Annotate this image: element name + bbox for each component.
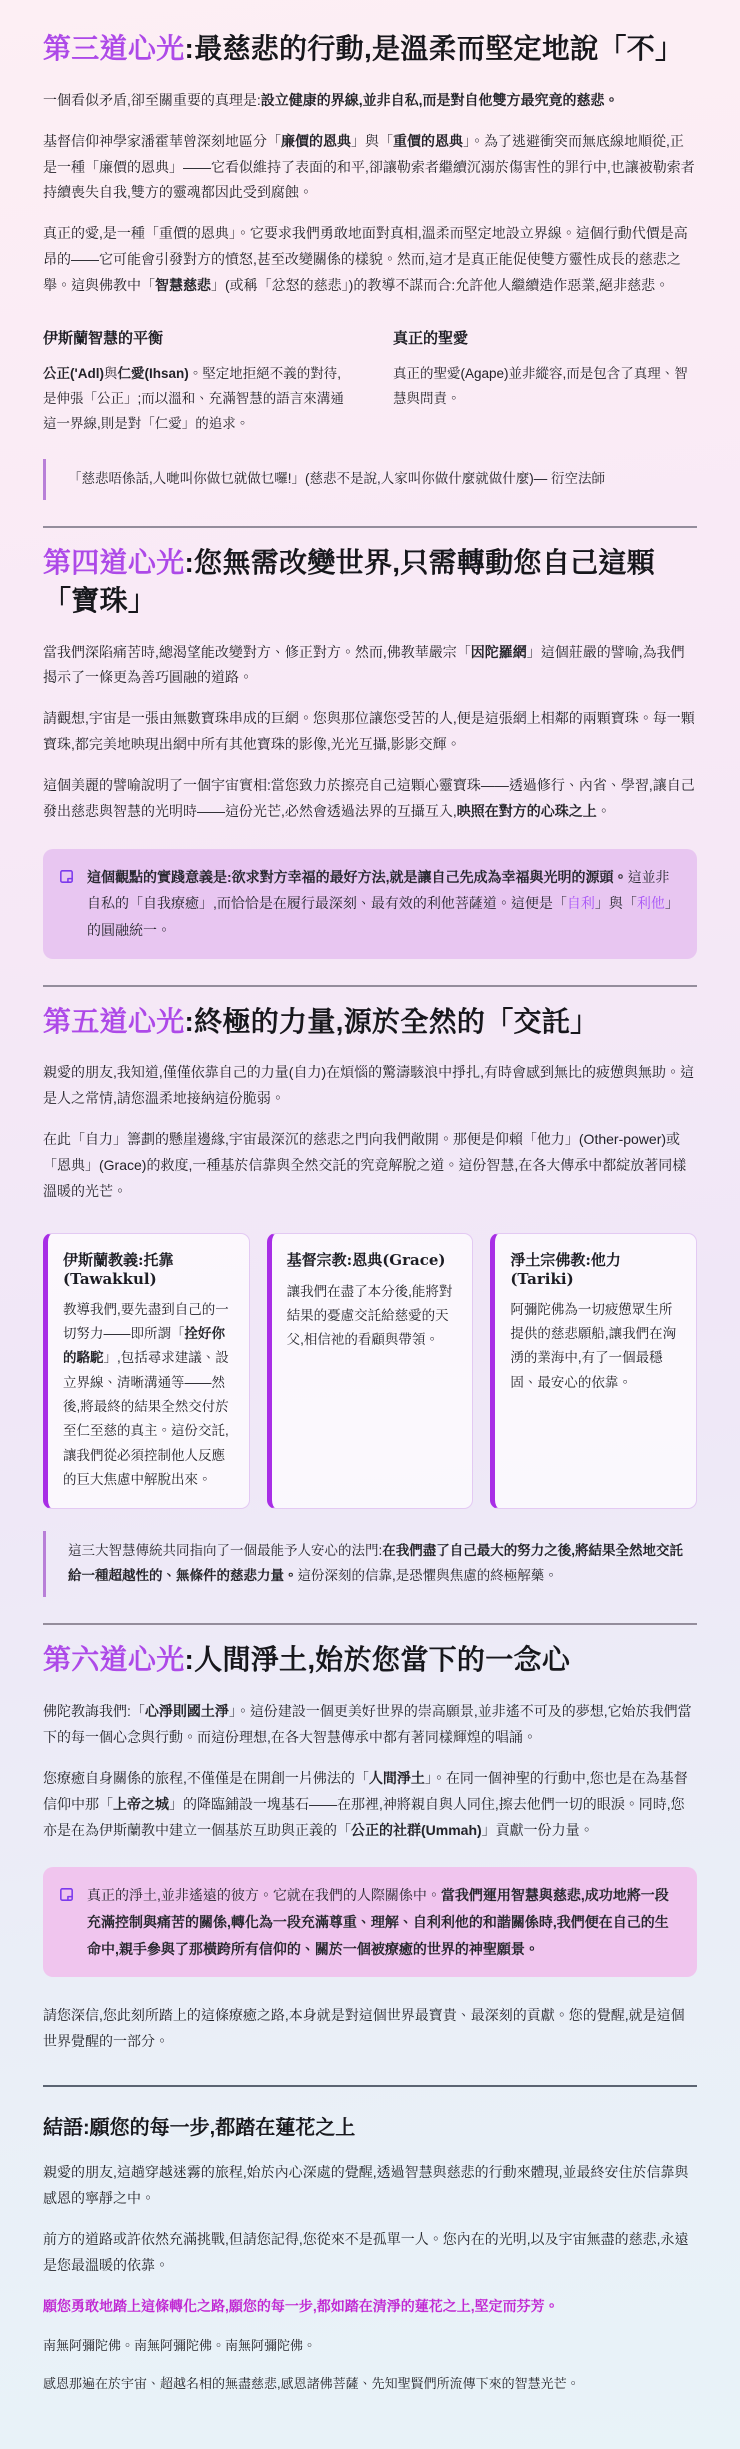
paragraph: 在此「自力」籌劃的懸崖邊緣,宇宙最深沉的慈悲之門向我們敞開。那便是仰賴「他力」(… [43,1127,697,1205]
section-title-accent: 第五道心光 [43,1006,185,1037]
section-title-rest: :最慈悲的行動,是溫柔而堅定地說「不」 [185,33,684,64]
section-title-accent: 第四道心光 [43,547,185,578]
section-fifth-light: 第五道心光:終極的力量,源於全然的「交託」 親愛的朋友,我知道,僅僅依靠自己的力… [43,1003,697,1598]
paragraph: 前方的道路或許依然充滿挑戰,但請您記得,您從來不是孤單一人。您內在的光明,以及宇… [43,2227,697,2279]
card-body: 教導我們,要先盡到自己的一切努力——即所謂「拴好你的駱駝」,包括尋求建議、設立界… [63,1298,234,1492]
section-title-accent: 第三道心光 [43,33,185,64]
note-icon [58,1886,75,1908]
card-body: 阿彌陀佛為一切疲憊眾生所提供的慈悲願船,讓我們在洶湧的業海中,有了一個最穩固、最… [510,1298,681,1395]
card-tariki: 淨土宗佛教:他力(Tariki) 阿彌陀佛為一切疲憊眾生所提供的慈悲願船,讓我們… [490,1233,697,1509]
paragraph: 請您深信,您此刻所踏上的這條療癒之路,本身就是對這個世界最寶貴、最深刻的貢獻。您… [43,2003,697,2055]
practice-callout: 這個觀點的實踐意義是:欲求對方幸福的最好方法,就是讓自己先成為幸福與光明的源頭。… [43,849,697,959]
gratitude-line: 感恩那遍在於宇宙、超越名相的無盡慈悲,感恩諸佛菩薩、先知聖賢們所流傳下來的智慧光… [43,2372,697,2396]
pure-land-callout: 真正的淨土,並非遙遠的彼方。它就在我們的人際關係中。當我們運用智慧與慈悲,成功地… [43,1867,697,1977]
card-title: 伊斯蘭教義:托靠(Tawakkul) [63,1249,234,1288]
paragraph: 一個看似矛盾,卻至關重要的真理是:設立健康的界線,並非自私,而是對自他雙方最究竟… [43,88,697,114]
paragraph: 親愛的朋友,我知道,僅僅依靠自己的力量(自力)在煩惱的驚濤駭浪中掙扎,有時會感到… [43,1060,697,1112]
section-conclusion: 結語:願您的每一步,都踏在蓮花之上 親愛的朋友,這趟穿越迷霧的旅程,始於內心深處… [43,2111,697,2396]
column-heading: 伊斯蘭智慧的平衡 [43,327,347,348]
blessing-line: 願您勇敢地踏上這條轉化之路,願您的每一步,都如踏在清淨的蓮花之上,堅定而芬芳。 [43,2294,697,2320]
paragraph: 您療癒自身關係的旅程,不僅僅是在開創一片佛法的「人間淨土」。在同一個神聖的行動中… [43,1766,697,1844]
paragraph: 真正的愛,是一種「重價的恩典」。它要求我們勇敢地面對真相,溫柔而堅定地設立界線。… [43,221,697,299]
callout-text: 這個觀點的實踐意義是:欲求對方幸福的最好方法,就是讓自己先成為幸福與光明的源頭。… [87,864,677,944]
section-sixth-light: 第六道心光:人間淨土,始於您當下的一念心 佛陀教誨我們:「心淨則國土淨」。這份建… [43,1641,697,2055]
card-title: 淨土宗佛教:他力(Tariki) [510,1249,681,1288]
card-grace: 基督宗教:恩典(Grace) 讓我們在盡了本分後,能將對結果的憂慮交託給慈愛的天… [267,1233,474,1509]
column-heading: 真正的聖愛 [393,327,697,348]
section-divider [43,1623,697,1625]
section-title: 第四道心光:您無需改變世界,只需轉動您自己這顆「寶珠」 [43,544,697,620]
section-divider [43,526,697,528]
section-title: 第六道心光:人間淨土,始於您當下的一念心 [43,1641,697,1679]
paragraph: 這個美麗的譬喻說明了一個宇宙實相:當您致力於擦亮自己這顆心靈寶珠——透過修行、內… [43,773,697,825]
section-title-rest: :終極的力量,源於全然的「交託」 [185,1006,599,1037]
card-body: 讓我們在盡了本分後,能將對結果的憂慮交託給慈愛的天父,相信祂的看顧與帶領。 [287,1280,458,1353]
paragraph: 當我們深陷痛苦時,總渴望能改變對方、修正對方。然而,佛教華嚴宗「因陀羅網」這個莊… [43,640,697,692]
conclusion-divider [43,2085,697,2087]
chant-line: 南無阿彌陀佛。南無阿彌陀佛。南無阿彌陀佛。 [43,2334,697,2358]
paragraph: 親愛的朋友,這趟穿越迷霧的旅程,始於內心深處的覺醒,透過智慧與慈悲的行動來體現,… [43,2160,697,2212]
conclusion-title: 結語:願您的每一步,都踏在蓮花之上 [43,2111,697,2140]
section-title-rest: :人間淨土,始於您當下的一念心 [185,1644,571,1675]
section-fourth-light: 第四道心光:您無需改變世界,只需轉動您自己這顆「寶珠」 當我們深陷痛苦時,總渴望… [43,544,697,959]
article-page: 第三道心光:最慈悲的行動,是溫柔而堅定地說「不」 一個看似矛盾,卻至關重要的真理… [0,0,740,2449]
tradition-cards: 伊斯蘭教義:托靠(Tawakkul) 教導我們,要先盡到自己的一切努力——即所謂… [43,1233,697,1509]
section-third-light: 第三道心光:最慈悲的行動,是溫柔而堅定地說「不」 一個看似矛盾,卻至關重要的真理… [43,30,697,500]
paragraph: 基督信仰神學家潘霍華曾深刻地區分「廉價的恩典」與「重價的恩典」。為了逃避衝突而無… [43,129,697,207]
section-divider [43,985,697,987]
column-body: 公正('Adl)與仁愛(Ihsan)。堅定地拒絕不義的對待,是伸張「公正」;而以… [43,362,347,437]
quote-block: 「慈悲唔係話,人哋叫你做乜就做乜囉!」(慈悲不是說,人家叫你做什麼就做什麼)— … [43,459,697,500]
two-column-block: 伊斯蘭智慧的平衡 公正('Adl)與仁愛(Ihsan)。堅定地拒絕不義的對待,是… [43,327,697,437]
section-title: 第五道心光:終極的力量,源於全然的「交託」 [43,1003,697,1041]
paragraph: 佛陀教誨我們:「心淨則國土淨」。這份建設一個更美好世界的崇高願景,並非遙不可及的… [43,1699,697,1751]
quote-block: 這三大智慧傳統共同指向了一個最能予人安心的法門:在我們盡了自己最大的努力之後,將… [43,1531,697,1597]
column-true-agape: 真正的聖愛 真正的聖愛(Agape)並非縱容,而是包含了真理、智慧與問責。 [393,327,697,437]
note-icon [58,868,75,890]
card-title: 基督宗教:恩典(Grace) [287,1249,458,1270]
column-islam-balance: 伊斯蘭智慧的平衡 公正('Adl)與仁愛(Ihsan)。堅定地拒絕不義的對待,是… [43,327,347,437]
paragraph: 請觀想,宇宙是一張由無數寶珠串成的巨網。您與那位讓您受苦的人,便是這張網上相鄰的… [43,706,697,758]
section-title-accent: 第六道心光 [43,1644,185,1675]
column-body: 真正的聖愛(Agape)並非縱容,而是包含了真理、智慧與問責。 [393,362,697,412]
section-title: 第三道心光:最慈悲的行動,是溫柔而堅定地說「不」 [43,30,697,68]
card-tawakkul: 伊斯蘭教義:托靠(Tawakkul) 教導我們,要先盡到自己的一切努力——即所謂… [43,1233,250,1509]
callout-text: 真正的淨土,並非遙遠的彼方。它就在我們的人際關係中。當我們運用智慧與慈悲,成功地… [87,1882,677,1962]
